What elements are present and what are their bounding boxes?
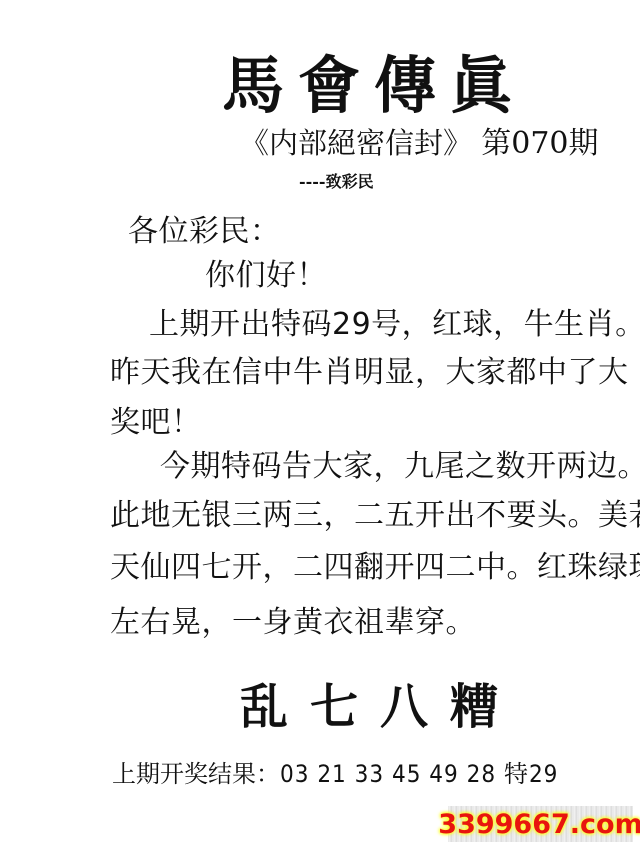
subtitle-bracketed: 《内部絕密信封》	[240, 126, 472, 160]
watermark-text: 3399667.com	[438, 809, 640, 840]
letter-line: 昨天我在信中牛肖明显，大家都中了大	[110, 353, 629, 393]
issue-number: 第070期	[481, 126, 598, 161]
letter-line: 上期开出特码29号，红球，牛生肖。	[149, 305, 640, 345]
letter-line: 此地无银三两三，二五开出不要头。美若	[110, 496, 640, 536]
letter-line: 左右晃，一身黄衣祖辈穿。	[110, 603, 476, 643]
letter-line: 今期特码告大家，九尾之数开两边。	[160, 447, 640, 487]
salutation: 你们好！	[205, 256, 327, 296]
watermark: 3399667.com	[448, 806, 633, 842]
dedication: ----致彩民	[299, 171, 374, 193]
letter-line: 奖吧！	[110, 403, 202, 443]
letter-line: 天仙四七开，二四翻开四二中。红珠绿珠	[110, 548, 640, 588]
previous-results: 上期开奖结果：03 21 33 45 49 28 特29	[112, 758, 558, 790]
results-numbers: 03 21 33 45 49 28 特29	[280, 760, 558, 788]
document-title: 馬會傳眞	[222, 50, 526, 122]
greeting: 各位彩民：	[128, 212, 281, 252]
footer-title: 乱七八糟	[240, 677, 520, 737]
subtitle: 《内部絕密信封》 第070期	[240, 124, 599, 163]
results-label: 上期开奖结果：	[112, 760, 280, 788]
